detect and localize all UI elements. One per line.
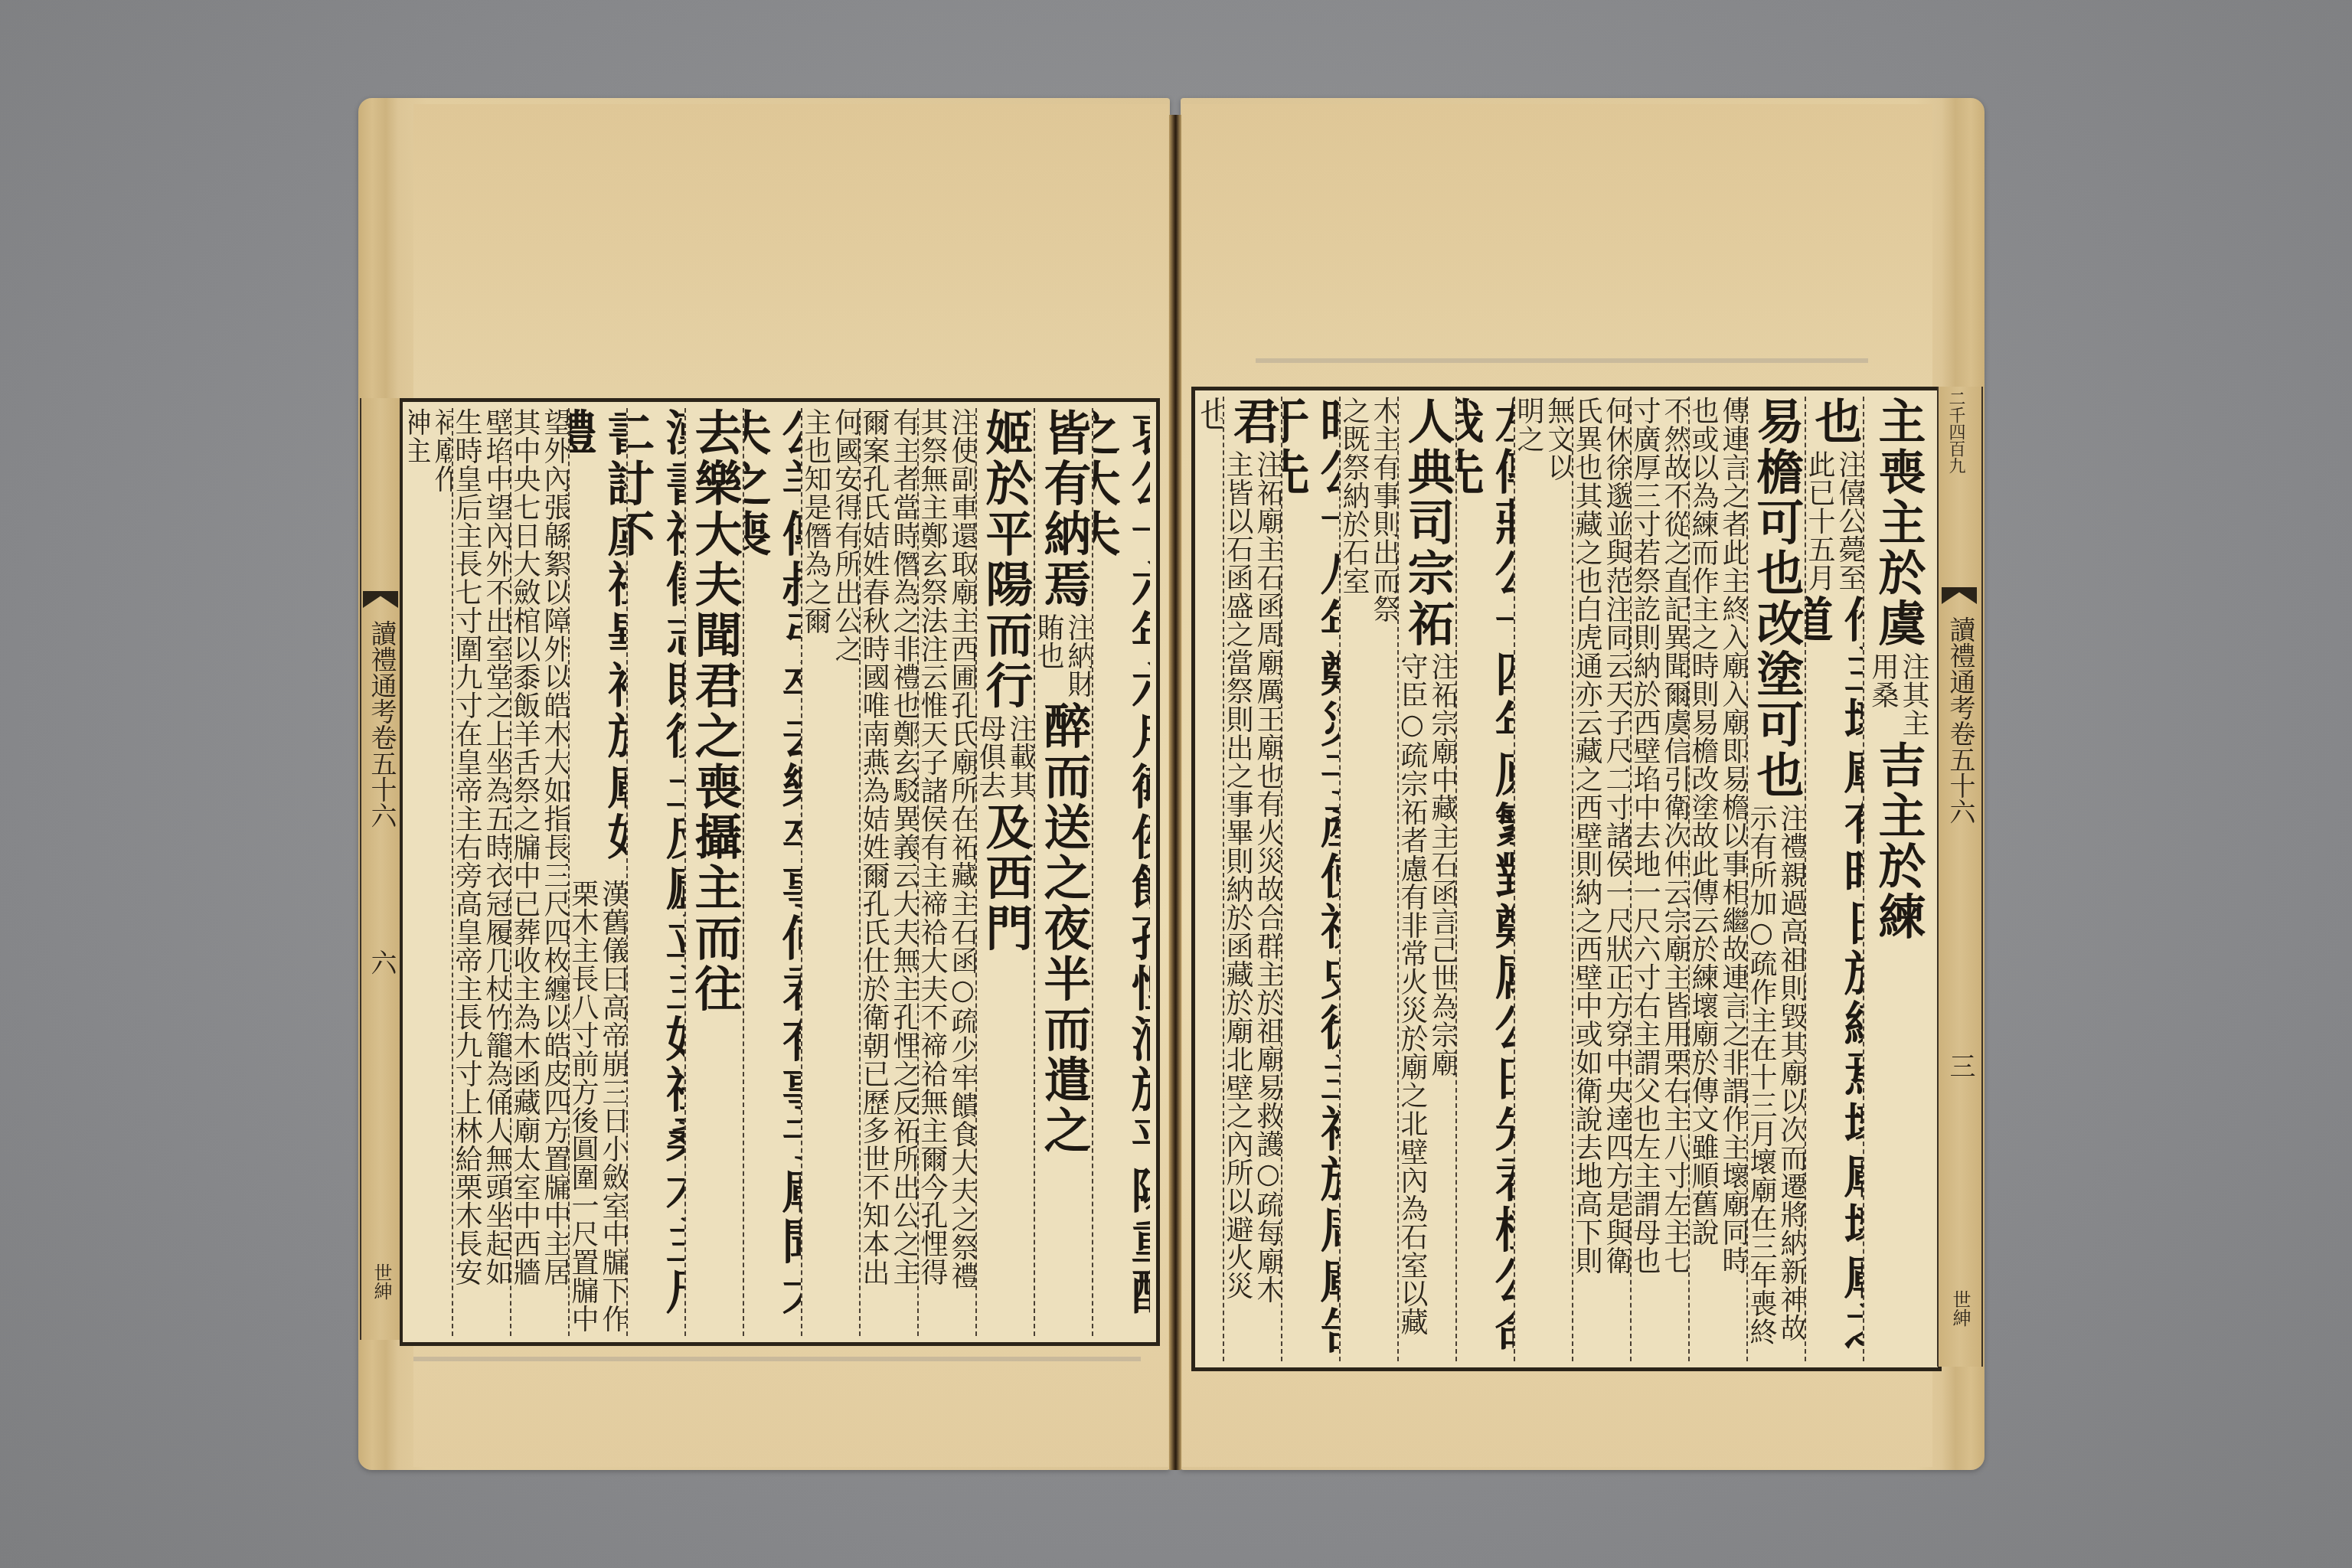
annotation-column: 祠廟作 神主 xyxy=(409,408,452,1336)
left-page-text-frame: 哀公十六年六月衛侯飲孔悝酒於平陽重酬之大夫 皆有納焉 注納財賄也 醉而送之夜半而… xyxy=(400,398,1160,1346)
text-column: 書謚虞禮畢祔於廟如禮 漢舊儀曰高帝崩三日小斂室中牖下作栗木主長八寸前方後圓圍一尺… xyxy=(568,408,626,1336)
main-text: 君 xyxy=(1223,397,1281,447)
right-page-columns: 主喪主於虞 注其主用桑 吉主於練 也 注僖公薨至此已十五月 作主壞廟有時日於練焉… xyxy=(1201,397,1932,1361)
annotation-text: 壁埳中望內外不出室堂之上坐為五時衣冠履几杖竹籠為俑人無頭坐起如 xyxy=(482,408,510,1286)
main-text: 吉主於練 xyxy=(1869,740,1927,942)
main-text: 公羊傳叔弓卒去樂卒事何君有事于廟聞大夫之喪 xyxy=(743,408,801,1336)
annotation-text: 無文以 xyxy=(1544,397,1572,482)
annotation-column: 木主有事則出而祭 之既祭納於石室 xyxy=(1339,397,1397,1361)
bleed-through-line xyxy=(1256,358,1868,363)
bleed-through-line xyxy=(413,1357,1141,1361)
annotation-text: 寸廣厚三寸若祭訖則納於西壁埳中去地一尺六寸右主謂父也左主謂母也 xyxy=(1630,397,1659,1275)
annotation-text: 母俱去 xyxy=(975,714,1004,799)
main-text: 醉而送之夜半而遣之 xyxy=(1034,701,1092,1156)
annotation-text: 示有所加○疏作主在十三月壞廟在三年喪終 xyxy=(1746,804,1775,1346)
fish-tail-mark-icon xyxy=(1942,587,1977,604)
main-text: 及西門 xyxy=(976,802,1034,954)
main-text: 易檐可也改塗可也 xyxy=(1747,397,1805,801)
annotation-text: 神主 xyxy=(409,408,430,465)
annotation-text: 注禮親過高祖則毀其廟以次而遷將納新神故 xyxy=(1777,804,1805,1346)
book-spine-gutter xyxy=(1169,115,1181,1470)
annotation-text: 注祏廟主石函周廟厲王廟也有火災故合群主於祖廟易救護○疏每廟木 xyxy=(1253,450,1281,1304)
text-column: 姬於平陽而行 注載其母俱去 及西門 xyxy=(975,408,1034,1336)
annotation-text: 祠廟作 xyxy=(431,408,452,493)
annotation-column: 不然故不從之直記異聞爾虞信引衛次仲云宗廟主皆用栗右主八寸左主七 寸廣厚三寸若祭訖… xyxy=(1630,397,1688,1361)
text-column: 左傳莊公十四年原繁對鄭厲公曰先君桓公命我先 xyxy=(1455,397,1514,1361)
main-text: 主喪主於虞 xyxy=(1869,397,1927,649)
annotation-text: 栗木主長八寸前方後圓圍一尺置牖中 xyxy=(568,880,597,1333)
text-column: 也 xyxy=(1201,397,1223,1361)
main-text: 哀公十六年六月衛侯飲孔悝酒於平陽重酬之大夫 xyxy=(1092,408,1150,1336)
main-text: 皆有納焉 xyxy=(1034,408,1092,610)
main-text: 左傳莊公十四年原繁對鄭厲公曰先君桓公命我先 xyxy=(1455,397,1514,1361)
annotation-text: 有主者當時僭為之非禮也鄭玄駁異義云大夫無主孔悝之反祏所出公之主 xyxy=(890,408,917,1286)
annotation-column: 何休徐邈並與范注同云天子尺二寸諸侯一尺狀正方穿中央達四方是與衛 氏異也其藏之也白… xyxy=(1572,397,1630,1361)
main-text: 也 xyxy=(1201,397,1223,431)
text-column: 公羊傳叔弓卒去樂卒事何君有事于廟聞大夫之喪 xyxy=(743,408,801,1336)
annotation-text: 木主有事則出而祭 xyxy=(1370,397,1397,623)
main-text: 作主壞廟有時日於練焉壞廟壞廟之道 xyxy=(1805,595,1863,1361)
text-column: 君 注祏廟主石函周廟厲王廟也有火災故合群主於祖廟易救護○疏每廟木主皆以石函盛之當… xyxy=(1223,397,1281,1361)
left-page-columns: 哀公十六年六月衛侯飲孔悝酒於平陽重酬之大夫 皆有納焉 注納財賄也 醉而送之夜半而… xyxy=(409,408,1150,1336)
text-column: 易檐可也改塗可也 注禮親過高祖則毀其廟以次而遷將納新神故示有所加○疏作主在十三月… xyxy=(1746,397,1805,1361)
annotation-text: 注納財 xyxy=(1064,613,1092,698)
annotation-column: 望外內張緜絮以障外以皓木大如指長三尺四枚纏以皓皮四方置牖中主居 其中央七日大斂棺… xyxy=(510,408,568,1336)
annotation-text: 注其主 xyxy=(1899,652,1928,737)
main-text: 書謚虞禮畢祔於廟如禮 xyxy=(568,408,626,877)
annotation-text: 其中央七日大斂棺以黍飯羊舌祭之牖中已葬收主為木函藏廟太室中西牆 xyxy=(510,408,539,1286)
right-page-text-frame: 主喪主於虞 注其主用桑 吉主於練 也 注僖公薨至此已十五月 作主壞廟有時日於練焉… xyxy=(1191,387,1942,1371)
annotation-text: 注僖公薨至 xyxy=(1835,450,1863,592)
annotation-text: 傳連言之者此主終入廟入廟即易檐以事相繼故連言之非謂作主壞廟同時 xyxy=(1719,397,1746,1275)
annotation-text: 也或以為練而作主之時則易檐改塗故此傳云於練壞廟於傳文雖順舊說 xyxy=(1688,397,1717,1246)
text-column: 漢書禮儀志既復土反廬立主如禮桑木主尺二寸不 xyxy=(626,408,684,1336)
fold-page-number: 三 xyxy=(1946,1053,1974,1079)
annotation-text: 注使副車還取廟主西圃孔氏廟所在祏藏主石函○疏少牢饋食大夫之祭禮 xyxy=(948,408,975,1290)
fold-top-mark: 二千四百九 xyxy=(1946,390,1965,474)
fold-block-label: 世紳 xyxy=(1946,1290,1974,1327)
annotation-text: 賄也 xyxy=(1034,613,1063,698)
annotation-text: 用桑 xyxy=(1868,652,1897,737)
left-page-center-fold: 讀禮通考卷五十六 六 世紳 xyxy=(360,398,401,1340)
annotation-text: 注祏宗廟中藏主石函言己世為宗廟 xyxy=(1428,652,1455,1336)
text-column: 人典司宗祏 注祏宗廟中藏主石函言己世為宗廟守臣○疏宗祏者慮有非常火災於廟之北壁內… xyxy=(1397,397,1455,1361)
annotation-text: 生時皇后主長七寸圍九寸在皇帝主右旁高皇帝主長九寸上林給栗木長安 xyxy=(452,408,481,1286)
fish-tail-mark-icon xyxy=(363,591,398,608)
fold-book-title: 讀禮通考卷五十六 xyxy=(367,620,395,828)
text-column: 主喪主於虞 注其主用桑 吉主於練 xyxy=(1863,397,1932,1361)
annotation-text: 望外內張緜絮以障外以皓木大如指長三尺四枚纏以皓皮四方置牖中主居 xyxy=(541,408,568,1286)
main-text: 也 xyxy=(1805,397,1863,447)
annotation-text: 爾案孔氏姞姓春秋時國唯南燕為姞姓爾孔氏仕於衛朝已歷多世不知本出 xyxy=(859,408,888,1286)
annotation-text: 守臣○疏宗祏者慮有非常火災於廟之北壁內為石室以藏 xyxy=(1397,652,1426,1336)
annotation-column: 無文以 明之 xyxy=(1514,397,1572,1361)
text-column: 哀公十六年六月衛侯飲孔悝酒於平陽重酬之大夫 xyxy=(1092,408,1150,1336)
annotation-text: 何休徐邈並與范注同云天子尺二寸諸侯一尺狀正方穿中央達四方是與衛 xyxy=(1602,397,1630,1275)
text-column: 昭公十八年鄭災子產使祝史徙主祏於周廟告于先 xyxy=(1281,397,1339,1361)
annotation-text: 之既祭納於石室 xyxy=(1339,397,1368,595)
right-page-center-fold: 二千四百九 讀禮通考卷五十六 三 世紳 xyxy=(1937,387,1983,1367)
main-text: 姬於平陽而行 xyxy=(976,408,1034,711)
fold-block-label: 世紳 xyxy=(367,1263,395,1300)
annotation-text: 其祭無主鄭玄祭法注云惟天子諸侯有主禘祫大夫不禘祫無主爾今孔悝得 xyxy=(917,408,946,1286)
annotation-column: 有主者當時僭為之非禮也鄭玄駁異義云大夫無主孔悝之反祏所出公之主 爾案孔氏姞姓春秋… xyxy=(859,408,917,1336)
annotation-text: 此已十五月 xyxy=(1805,450,1834,592)
fold-book-title: 讀禮通考卷五十六 xyxy=(1946,616,1974,825)
main-text: 去樂大夫聞君之喪攝主而往 xyxy=(685,408,743,1014)
text-column: 去樂大夫聞君之喪攝主而往 xyxy=(684,408,743,1336)
main-text: 漢書禮儀志既復土反廬立主如禮桑木主尺二寸不 xyxy=(626,408,684,1336)
annotation-text: 何國安得有所出公之 xyxy=(831,408,859,663)
annotation-text: 注載其 xyxy=(1006,714,1034,799)
main-text: 昭公十八年鄭災子產使祝史徙主祏於周廟告于先 xyxy=(1281,397,1339,1361)
annotation-column: 注使副車還取廟主西圃孔氏廟所在祏藏主石函○疏少牢饋食大夫之祭禮 其祭無主鄭玄祭法… xyxy=(917,408,975,1336)
annotation-text: 不然故不從之直記異聞爾虞信引衛次仲云宗廟主皆用栗右主八寸左主七 xyxy=(1661,397,1688,1275)
text-column: 也 注僖公薨至此已十五月 作主壞廟有時日於練焉壞廟壞廟之道 xyxy=(1805,397,1863,1361)
annotation-text: 明之 xyxy=(1514,397,1543,453)
main-text: 人典司宗祏 xyxy=(1398,397,1455,649)
annotation-text: 主也知是僭為之爾 xyxy=(801,408,830,635)
annotation-text: 主皆以石函盛之當祭則出之事畢則納於函藏於廟北壁之內所以避火災 xyxy=(1223,450,1252,1304)
annotation-column: 傳連言之者此主終入廟入廟即易檐以事相繼故連言之非謂作主壞廟同時 也或以為練而作主… xyxy=(1688,397,1746,1361)
annotation-column: 何國安得有所出公之 主也知是僭為之爾 xyxy=(801,408,859,1336)
text-column: 皆有納焉 注納財賄也 醉而送之夜半而遣之 xyxy=(1034,408,1092,1336)
annotation-text: 漢舊儀曰高帝崩三日小斂室中牖下作 xyxy=(599,880,626,1333)
annotation-column: 壁埳中望內外不出室堂之上坐為五時衣冠履几杖竹籠為俑人無頭坐起如 生時皇后主長七寸… xyxy=(452,408,510,1336)
fold-page-number: 六 xyxy=(367,949,395,975)
annotation-text: 氏異也其藏之也白虎通亦云藏之西壁則納之西壁中或如衛說去地高下則 xyxy=(1572,397,1601,1275)
